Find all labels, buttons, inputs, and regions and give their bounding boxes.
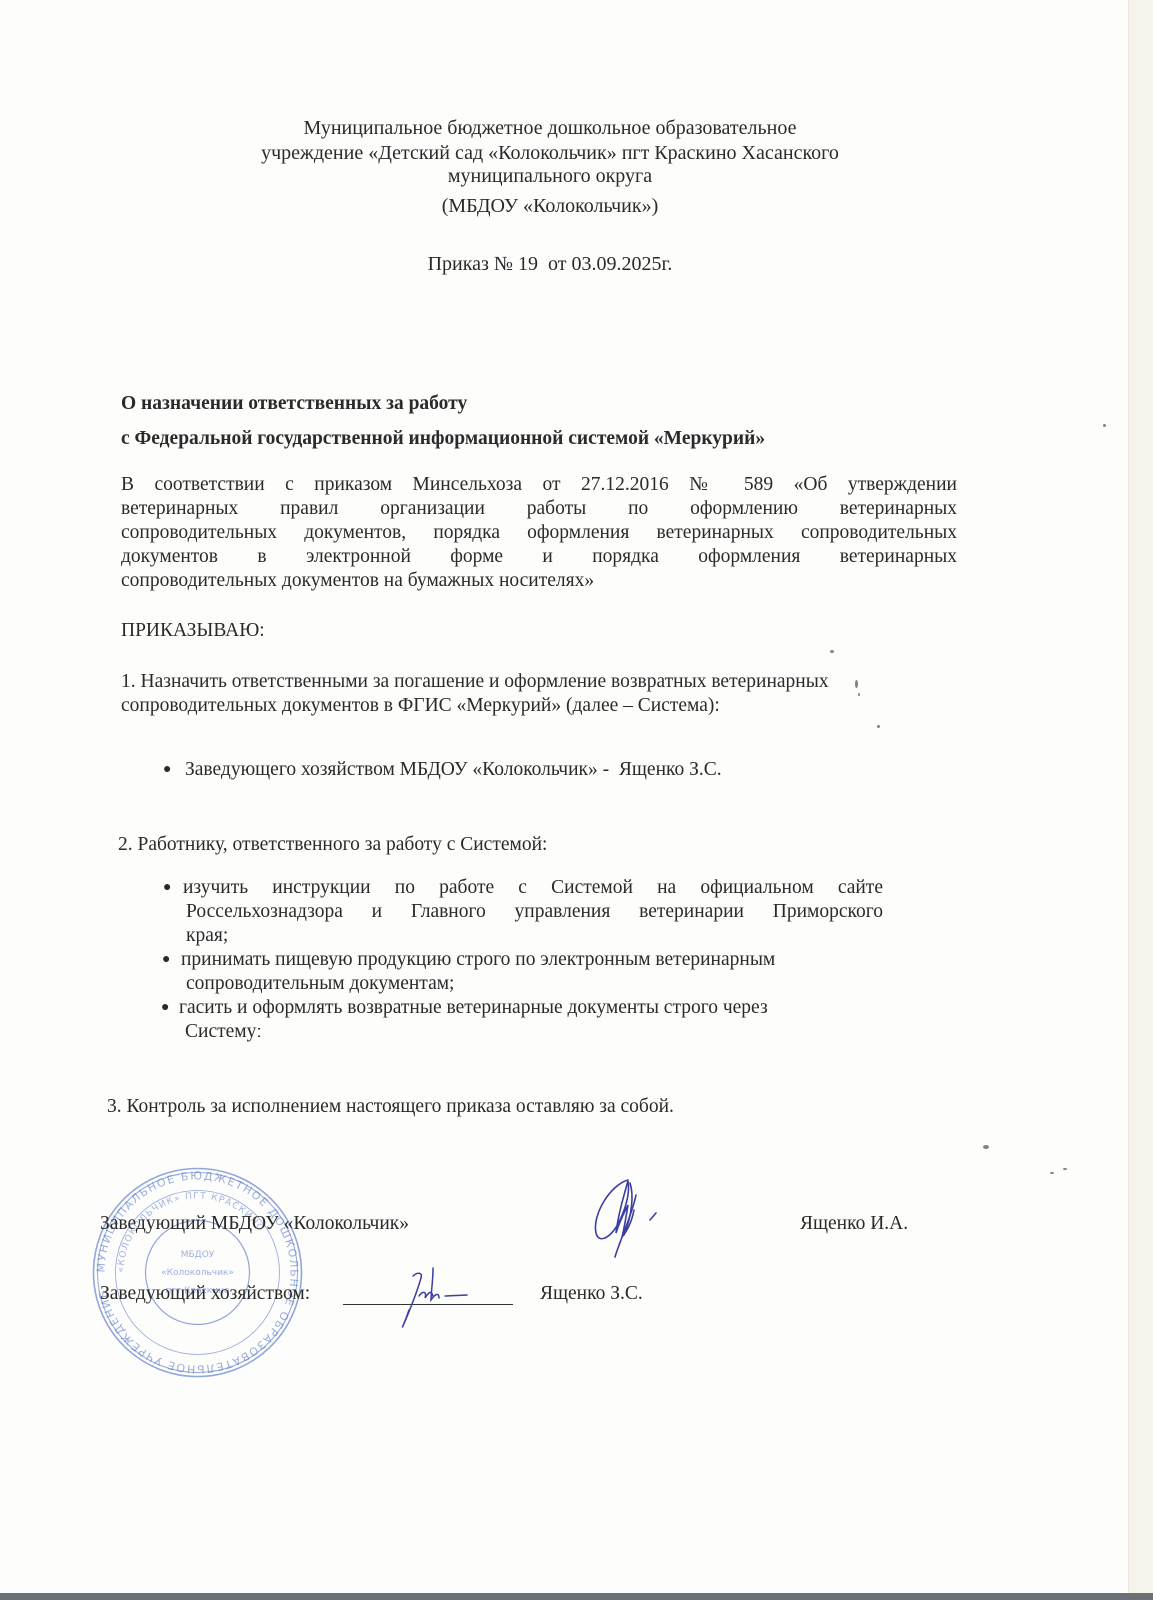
- bullet-line: края;: [183, 924, 883, 948]
- bullet-icon: ●: [162, 952, 170, 968]
- stamp-center-line-2: «Колокольчик»: [161, 1268, 234, 1278]
- item-2-bullet-3: гасить и оформлять возвратные ветеринарн…: [179, 996, 879, 1044]
- page-edge-right: [1128, 0, 1153, 1593]
- manager-signature: [395, 1262, 475, 1332]
- preamble-line: документов в электронной форме и порядка…: [121, 545, 957, 569]
- head-signature: [590, 1175, 680, 1260]
- org-short-name: (МБДОУ «Колокольчик»): [0, 194, 1100, 218]
- bullet-line: Системуː: [179, 1020, 879, 1044]
- order-number-date: Приказ № 19 от 03.09.2025г.: [0, 252, 1100, 276]
- scan-speck: [855, 680, 858, 688]
- bullet-line: принимать пищевую продукцию строго по эл…: [181, 948, 881, 972]
- org-name-line-1: Муниципальное бюджетное дошкольное образ…: [0, 116, 1100, 140]
- head-name: Ященко И.А.: [800, 1213, 908, 1235]
- manager-name: Ященко З.С.: [540, 1283, 643, 1305]
- item-3-line-1: 3. Контроль за исполнением настоящего пр…: [107, 1096, 674, 1118]
- bullet-line: гасить и оформлять возвратные ветеринарн…: [179, 996, 879, 1020]
- scan-speck: [1050, 1172, 1054, 1174]
- scan-speck: [1063, 1168, 1067, 1170]
- org-name-line-3: муниципального округа: [0, 164, 1100, 188]
- preamble-line: сопроводительных документов на бумажных …: [121, 569, 957, 593]
- item-2-bullet-1: изучить инструкции по работе с Системой …: [183, 876, 883, 948]
- bullet-line: изучить инструкции по работе с Системой …: [183, 876, 883, 900]
- official-stamp: МУНИЦИПАЛЬНОЕ БЮДЖЕТНОЕ ДОШКОЛЬНОЕ ОБРАЗ…: [90, 1165, 305, 1380]
- item-2-bullet-2: принимать пищевую продукцию строго по эл…: [181, 948, 881, 996]
- order-title-line-1: О назначении ответственных за работу: [121, 393, 467, 415]
- stamp-center-line-1: МБДОУ: [181, 1250, 215, 1260]
- preamble-line: сопроводительных документов, порядка офо…: [121, 521, 957, 545]
- bullet-icon: ●: [163, 762, 171, 778]
- bullet-line: Россельхознадзора и Главного управления …: [183, 900, 883, 924]
- item-1-line-2: сопроводительных документов в ФГИС «Мерк…: [121, 695, 720, 717]
- order-title-line-2: с Федеральной государственной информацио…: [121, 428, 765, 450]
- preamble-paragraph: В соответствии с приказом Минсельхоза от…: [121, 473, 957, 593]
- head-title: Заведующий МБДОУ «Колокольчик»: [100, 1213, 409, 1235]
- scan-speck: [830, 650, 834, 653]
- bullet-icon: ●: [163, 880, 171, 896]
- manager-title: Заведующий хозяйством:: [100, 1283, 310, 1305]
- org-name-line-2: учреждение «Детский сад «Колокольчик» пг…: [0, 141, 1100, 165]
- preamble-line: В соответствии с приказом Минсельхоза от…: [121, 473, 957, 497]
- scan-speck: [1103, 424, 1106, 427]
- bullet-line: сопроводительным документам;: [181, 972, 881, 996]
- scan-speck: [858, 693, 860, 696]
- item-2-line-1: 2. Работнику, ответственного за работу с…: [118, 834, 547, 856]
- scan-speck: [983, 1145, 989, 1149]
- scanner-edge-bottom: [0, 1593, 1153, 1600]
- bullet-icon: ●: [161, 1000, 169, 1016]
- item-1-line-1: 1. Назначить ответственными за погашение…: [121, 671, 829, 693]
- preamble-line: ветеринарных правил организации работы п…: [121, 497, 957, 521]
- item-1-bullet-1: Заведующего хозяйством МБДОУ «Колокольчи…: [185, 759, 722, 781]
- order-word: ПРИКАЗЫВАЮ:: [121, 620, 265, 642]
- scan-speck: [877, 725, 880, 728]
